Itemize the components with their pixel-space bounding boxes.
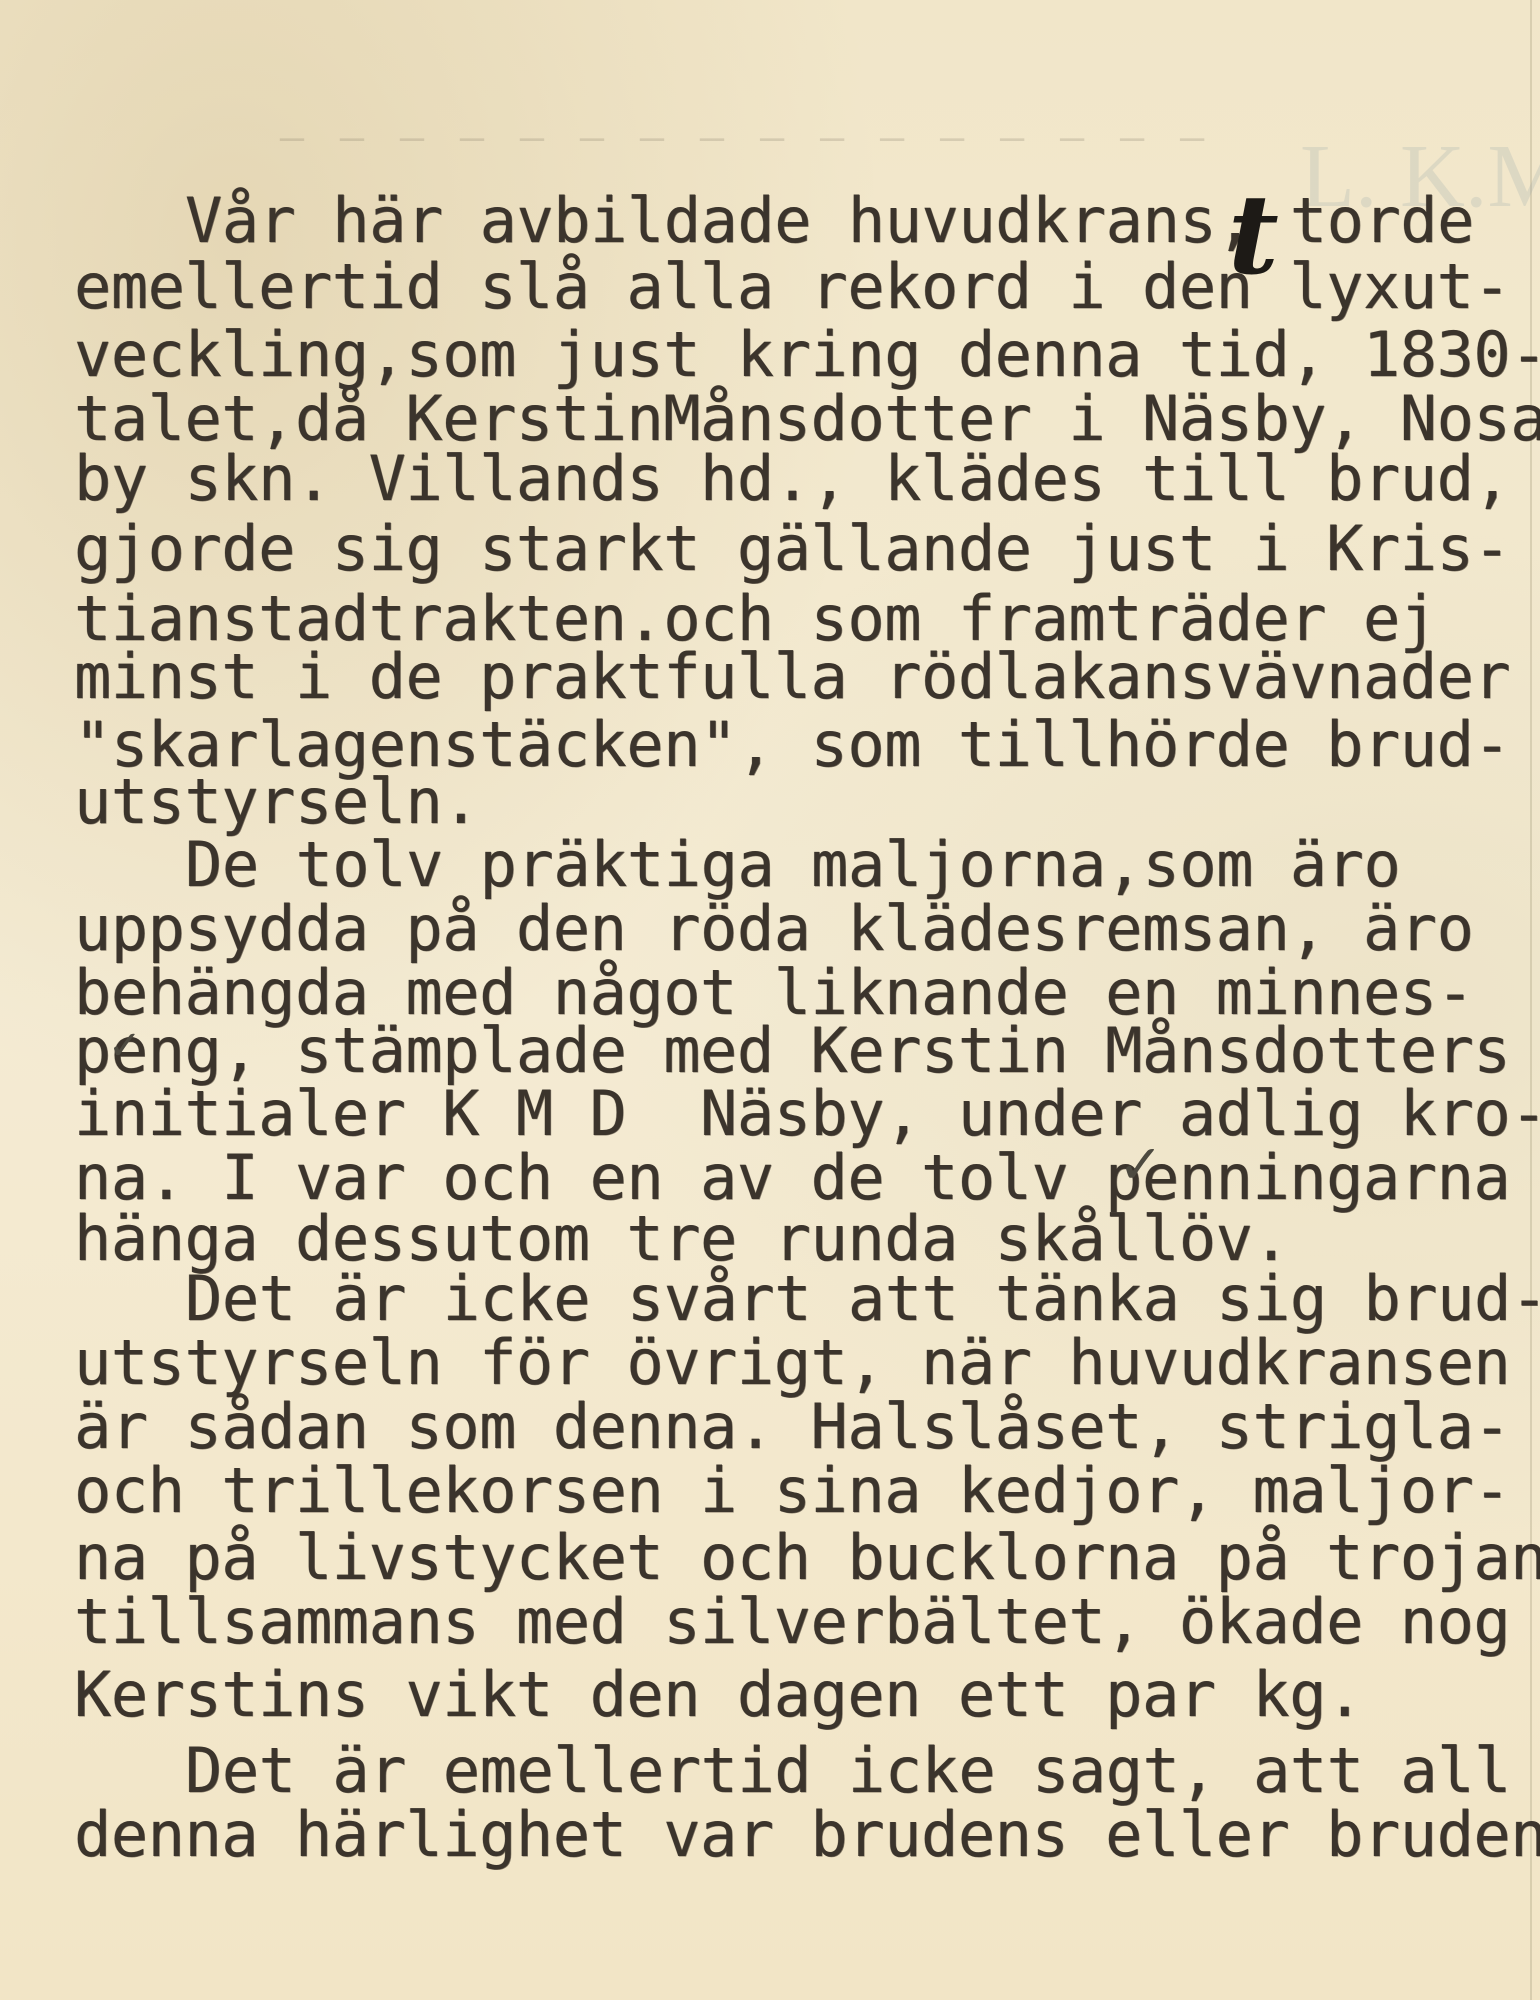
text-line: tillsammans med silverbältet, ökade nog [74, 1591, 1510, 1653]
check-mark-icon: ✓ [108, 1023, 142, 1069]
check-mark-icon: ✓ [1118, 1133, 1163, 1196]
text-line: Vår här avbildade huvudkrans, torde [185, 190, 1474, 252]
text-line: Kerstins vikt den dagen ett par kg. [74, 1664, 1363, 1726]
text-line: och trillekorsen i sina kedjor, maljor- [74, 1460, 1510, 1522]
text-line: utstyrseln. [74, 771, 479, 833]
text-line: Det är icke svårt att tänka sig brud- [185, 1268, 1540, 1330]
paper-edge [1530, 0, 1532, 2000]
text-line: peng, stämplade med Kerstin Månsdotters [74, 1020, 1510, 1082]
text-line: uppsydda på den röda klädesremsan, äro [74, 898, 1473, 960]
text-line: emellertid slå alla rekord i den lyxut- [74, 256, 1510, 318]
text-line: veckling,som just kring denna tid, 1830- [74, 324, 1540, 386]
text-line: Det är emellertid icke sagt, att all [185, 1740, 1511, 1802]
text-line: by skn. Villands hd., klädes till brud, [74, 448, 1510, 510]
text-line: talet,då KerstinMånsdotter i Näsby, Nosa… [74, 388, 1540, 450]
text-line: na. I var och en av de tolv penningarna [74, 1147, 1510, 1209]
text-line: De tolv präktiga maljorna,som äro [185, 834, 1400, 896]
handwritten-correction: t [1228, 170, 1279, 299]
text-line: hänga dessutom tre runda skållöv. [74, 1208, 1289, 1270]
text-line: initialer K M D Näsby, under adlig kro- [74, 1083, 1540, 1145]
text-line: minst i de praktfulla rödlakansvävnader [74, 646, 1510, 708]
text-line: na på livstycket och bucklorna på trojan… [74, 1527, 1540, 1589]
text-line: gjorde sig starkt gällande just i Kris- [74, 518, 1510, 580]
bleedthrough-text: — — — — — — — — — — — — — — — — [280, 118, 1210, 163]
text-line: denna härlighet var brudens eller bruden… [74, 1804, 1540, 1866]
text-line: utstyrseln för övrigt, när huvudkransen [74, 1332, 1510, 1394]
text-line: är sådan som denna. Halslåset, strigla- [74, 1396, 1510, 1458]
